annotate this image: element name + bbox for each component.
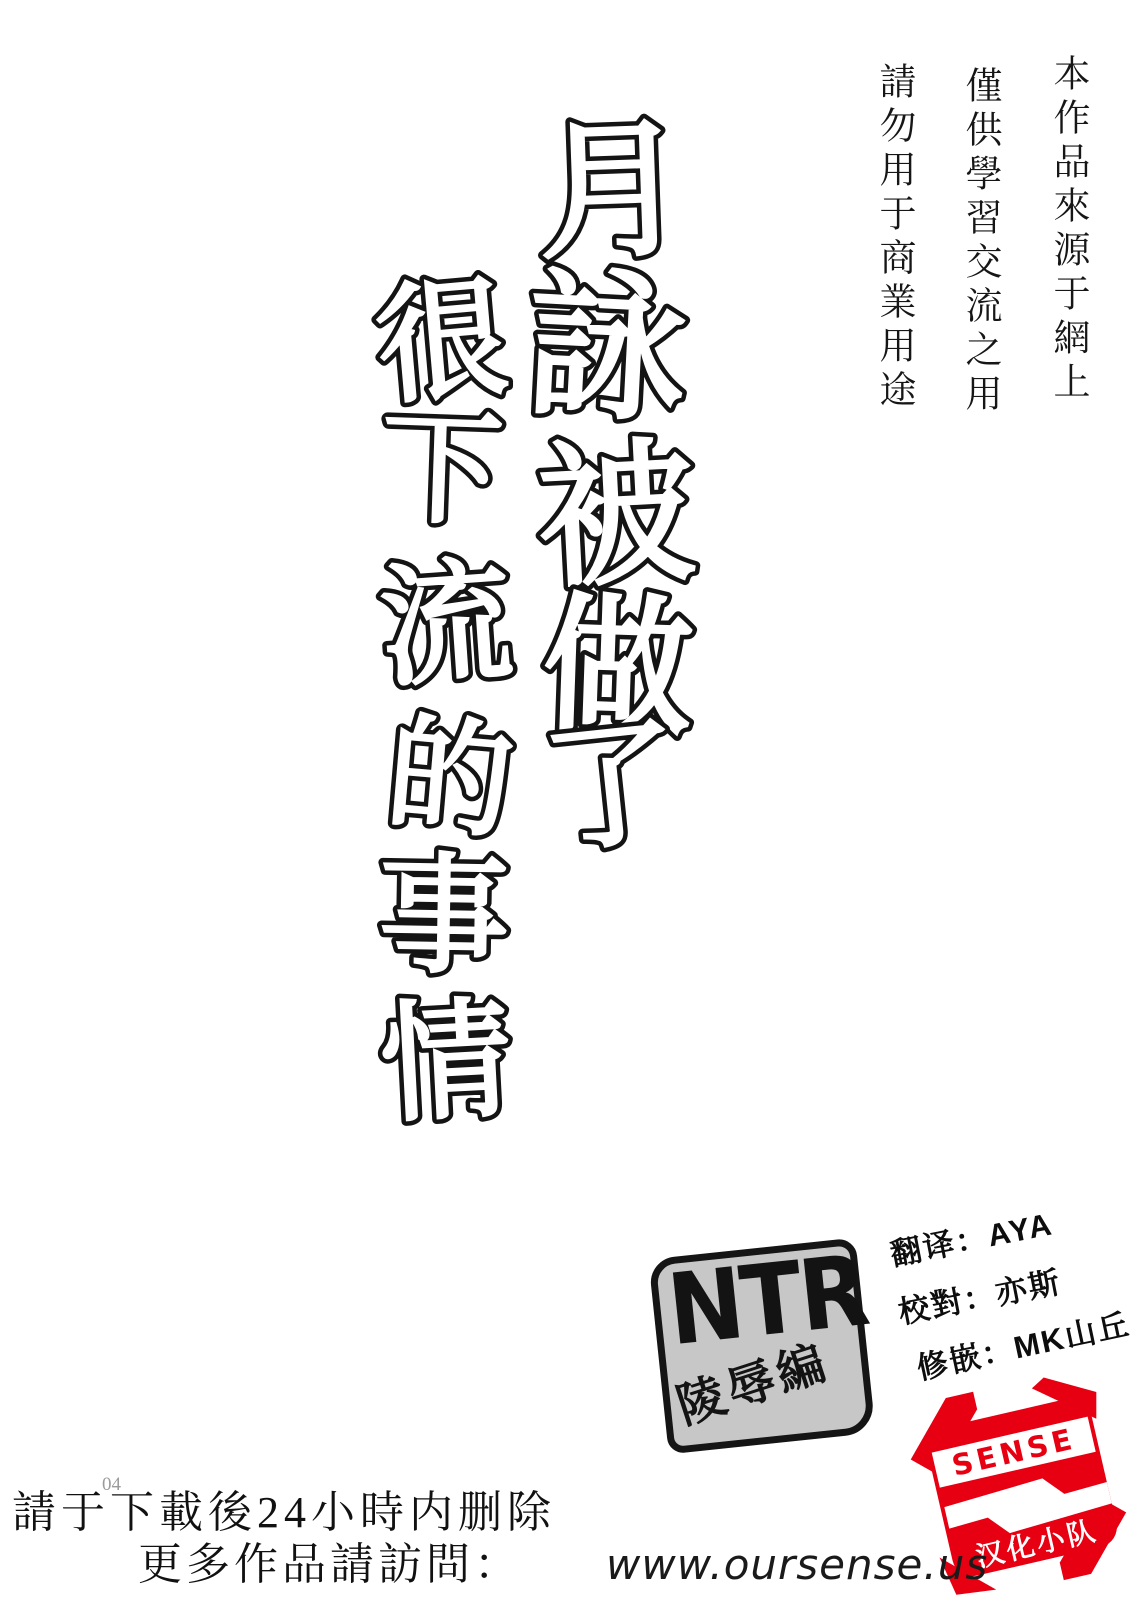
title-char-8: 流 xyxy=(375,544,517,707)
more-works-text: 更多作品請訪問： xyxy=(138,1540,522,1589)
title-char-9: 的 xyxy=(381,699,519,856)
more-works-line: 更多作品請訪問：www.oursense.us xyxy=(138,1528,988,1592)
title-char-7: 下 xyxy=(379,397,506,543)
website-url: www.oursense.us xyxy=(606,1540,988,1589)
title-char-5: 了 xyxy=(536,702,688,873)
scan-page: 本作品來源于網上 僅供學習交流之用 請勿用于商業用途 月 詠 被 做 了 很 下… xyxy=(0,0,1134,1600)
title-char-10: 事 xyxy=(378,839,511,993)
ntr-stamp: NTR 陵辱編 xyxy=(648,1238,875,1455)
title-char-11: 情 xyxy=(376,983,515,1142)
title-char-2: 詠 xyxy=(523,250,693,445)
